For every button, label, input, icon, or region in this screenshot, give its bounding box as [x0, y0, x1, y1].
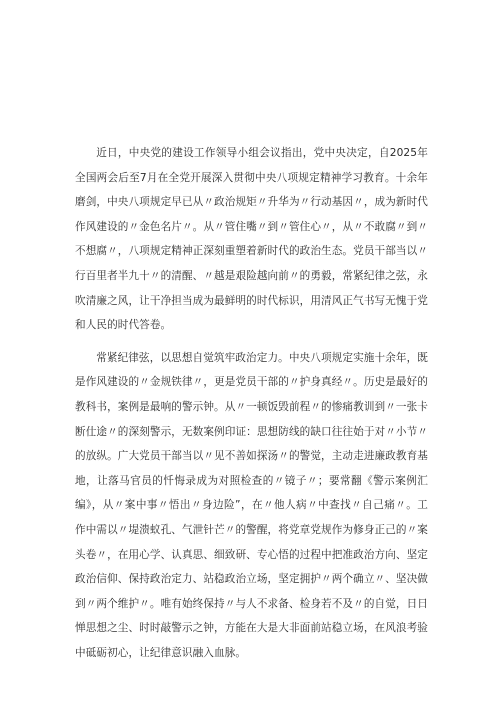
paragraph-discipline: 常紧纪律弦，以思想自觉筑牢政治定力。中央八项规定实施十余年，既是作风建设的〃金规…	[75, 346, 428, 666]
paragraph-intro: 近日，中央党的建设工作领导小组会议指出，党中央决定，自2025年全国两会后至7月…	[75, 141, 428, 338]
document-page: 近日，中央党的建设工作领导小组会议指出，党中央决定，自2025年全国两会后至7月…	[75, 141, 428, 665]
